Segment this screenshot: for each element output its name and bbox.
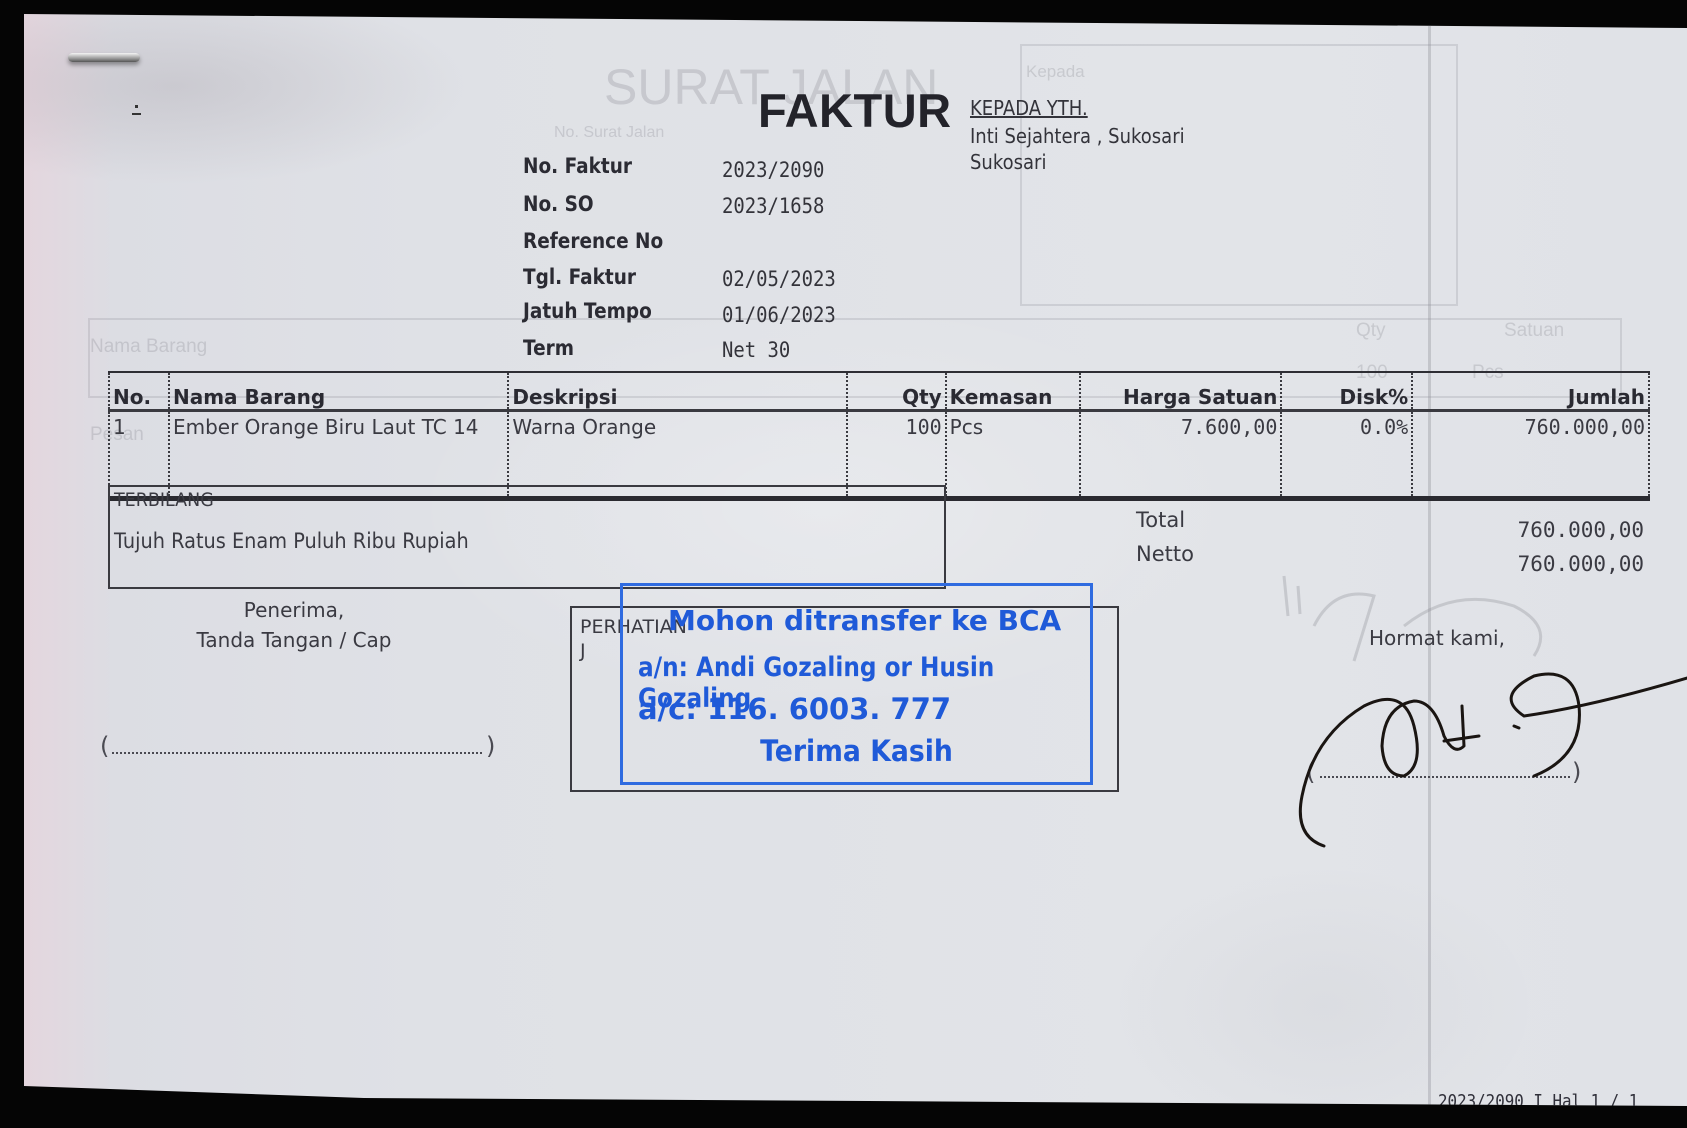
field-label-jatuh-tempo: Jatuh Tempo: [523, 299, 652, 323]
field-value-tgl-faktur: 02/05/2023: [722, 267, 836, 291]
terbilang-words: Tujuh Ratus Enam Puluh Ribu Rupiah: [114, 529, 469, 553]
handwritten-signature: [1294, 646, 1687, 856]
terbilang-box: TERBILANG Tujuh Ratus Enam Puluh Ribu Ru…: [108, 485, 946, 589]
customer-name: Inti Sejahtera , Sukosari: [970, 124, 1185, 148]
netto-label: Netto: [1136, 542, 1194, 566]
col-header-qty: Qty: [847, 372, 946, 411]
customer-city: Sukosari: [970, 150, 1046, 174]
field-value-no-so: 2023/1658: [722, 194, 824, 218]
page-footer: 2023/2090 I Hal 1 / 1: [1438, 1091, 1638, 1112]
invoice-paper: SURAT JALAN No. Surat Jalan Kepada Nama …: [24, 6, 1687, 1106]
field-label-reference-no: Reference No: [523, 229, 663, 253]
receiver-label: Penerima,: [194, 598, 394, 622]
terbilang-heading: TERBILANG: [114, 489, 214, 511]
field-value-term: Net 30: [722, 338, 790, 362]
items-table: No. Nama Barang Deskripsi Qty Kemasan Ha…: [108, 371, 1650, 501]
stamp-line-thanks: Terima Kasih: [642, 734, 1072, 768]
ghost-satuan: Satuan: [1504, 320, 1564, 342]
netto-value: 760.000,00: [1384, 552, 1644, 576]
receiver-sign-open: (: [100, 732, 109, 760]
total-value: 760.000,00: [1384, 518, 1644, 542]
field-value-jatuh-tempo: 01/06/2023: [722, 303, 836, 327]
ghost-kepada: Kepada: [1026, 62, 1085, 82]
ghost-qty: Qty: [1356, 320, 1386, 342]
stamp-line-transfer: Mohon ditransfer ke BCA: [668, 604, 1061, 637]
table-header-row: No. Nama Barang Deskripsi Qty Kemasan Ha…: [109, 372, 1649, 411]
field-label-tgl-faktur: Tgl. Faktur: [523, 265, 636, 289]
field-label-term: Term: [523, 336, 574, 360]
staple: [68, 53, 140, 62]
stamp-line-account-number: a/c: 116. 6003. 777: [638, 692, 951, 726]
col-header-no: No.: [109, 372, 169, 411]
cell-harga-satuan: 7.600,00: [1080, 411, 1282, 499]
punch-mark: [132, 113, 141, 115]
document-title: FAKTUR: [758, 83, 952, 138]
col-header-disk: Disk%: [1281, 372, 1412, 411]
punch-mark: [135, 105, 138, 108]
cell-disk: 0.0%: [1281, 411, 1412, 499]
customer-heading: KEPADA YTH.: [970, 96, 1088, 120]
ghost-label: No. Surat Jalan: [554, 124, 664, 142]
receiver-sign-caption: Tanda Tangan / Cap: [174, 628, 414, 652]
ghost-kepada-box: [1020, 44, 1458, 306]
col-header-nama-barang: Nama Barang: [169, 372, 508, 411]
col-header-kemasan: Kemasan: [946, 372, 1080, 411]
receiver-sign-close: ): [486, 732, 495, 760]
col-header-harga-satuan: Harga Satuan: [1080, 372, 1282, 411]
total-label: Total: [1136, 508, 1185, 532]
receiver-sign-line: [112, 752, 482, 754]
field-label-no-faktur: No. Faktur: [523, 154, 632, 178]
col-header-deskripsi: Deskripsi: [508, 372, 846, 411]
field-value-no-faktur: 2023/2090: [722, 158, 824, 182]
ghost-nama-barang: Nama Barang: [90, 336, 207, 358]
col-header-jumlah: Jumlah: [1412, 372, 1649, 411]
cell-jumlah: 760.000,00: [1412, 411, 1649, 499]
field-label-no-so: No. SO: [523, 192, 594, 216]
bank-transfer-stamp: Mohon ditransfer ke BCA a/n: Andi Gozali…: [620, 583, 1093, 785]
cell-kemasan: Pcs: [946, 411, 1080, 499]
perhatian-line: J: [580, 640, 586, 662]
